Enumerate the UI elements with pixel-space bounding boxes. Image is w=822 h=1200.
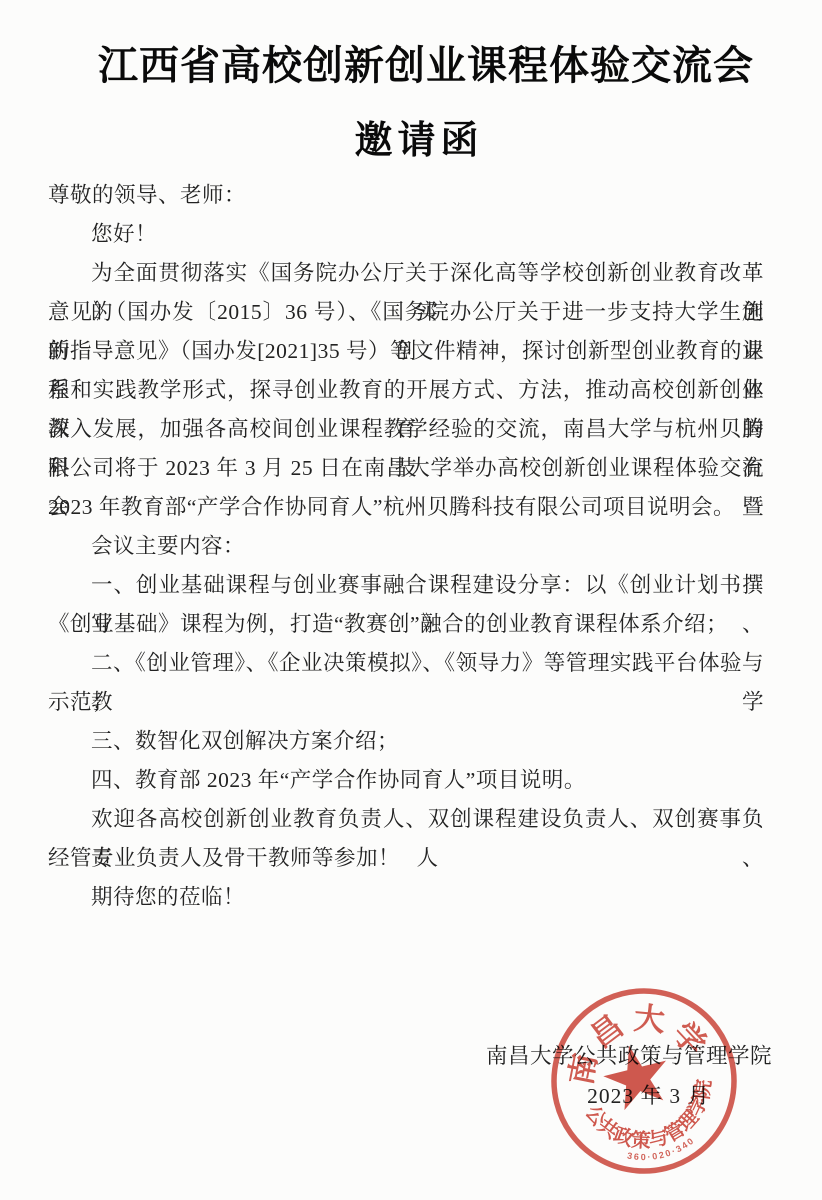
body-line: 限公司将于 2023 年 3 月 25 日在南昌大学举办高校创新创业课程体验交流…: [48, 449, 764, 488]
body-line-agenda-item-3: 三、数智化双创解决方案介绍；: [48, 722, 764, 761]
body-line: 2023 年教育部“产学合作协同育人”杭州贝腾科技有限公司项目说明会。: [48, 488, 764, 527]
body-line: 的指导意见》（国办发[2021]35 号）等文件精神，探讨创新型创业教育的课程体: [48, 332, 764, 371]
signature-organization: 南昌大学公共政策与管理学院: [486, 1039, 772, 1073]
body-line-closing: 期待您的莅临！: [48, 878, 764, 917]
scanned-invitation-page: 江西省高校创新创业课程体验交流会 邀请函 尊敬的领导、老师： 您好！ 为全面贯彻…: [0, 0, 822, 1200]
body-line: 为全面贯彻落实《国务院办公厅关于深化高等学校创新创业教育改革的实施: [48, 254, 764, 293]
letter-body: 尊敬的领导、老师： 您好！ 为全面贯彻落实《国务院办公厅关于深化高等学校创新创业…: [48, 176, 764, 917]
body-line: 系和实践教学形式，探寻创业教育的开展方式、方法，推动高校创新创业教育的: [48, 371, 764, 410]
body-line: 《创业基础》课程为例，打造“教赛创”融合的创业教育课程体系介绍；: [48, 605, 764, 644]
body-line: 意见》（国办发〔2015〕36 号）、《国务院办公厅关于进一步支持大学生创新创业: [48, 293, 764, 332]
invitation-subtitle: 邀请函: [8, 109, 822, 164]
body-line-agenda-item-2: 二、《创业管理》、《企业决策模拟》、《领导力》等管理实践平台体验与教学: [48, 644, 764, 683]
body-line-salutation: 尊敬的领导、老师：: [48, 176, 764, 215]
page-title: 江西省高校创新创业课程体验交流会: [15, 34, 822, 91]
body-line: 您好！: [48, 215, 764, 254]
body-line-agenda-item-4: 四、教育部 2023 年“产学合作协同育人”项目说明。: [48, 761, 764, 800]
seal-serial-number: 360·020·340: [624, 1134, 699, 1169]
body-line: 深入发展，加强各高校间创业课程教学经验的交流，南昌大学与杭州贝腾科技有: [48, 410, 764, 449]
body-line: 欢迎各高校创新创业教育负责人、双创课程建设负责人、双创赛事负责人、: [48, 800, 764, 839]
seal-char-3: 大: [632, 1000, 666, 1038]
svg-text:360·020·340: 360·020·340: [624, 1134, 699, 1169]
body-line-agenda-heading: 会议主要内容：: [48, 527, 764, 566]
signature-date: 2023 年 3 月: [587, 1079, 710, 1113]
body-line-agenda-item-1: 一、创业基础课程与创业赛事融合课程建设分享：以《创业计划书撰写》、: [48, 566, 764, 605]
